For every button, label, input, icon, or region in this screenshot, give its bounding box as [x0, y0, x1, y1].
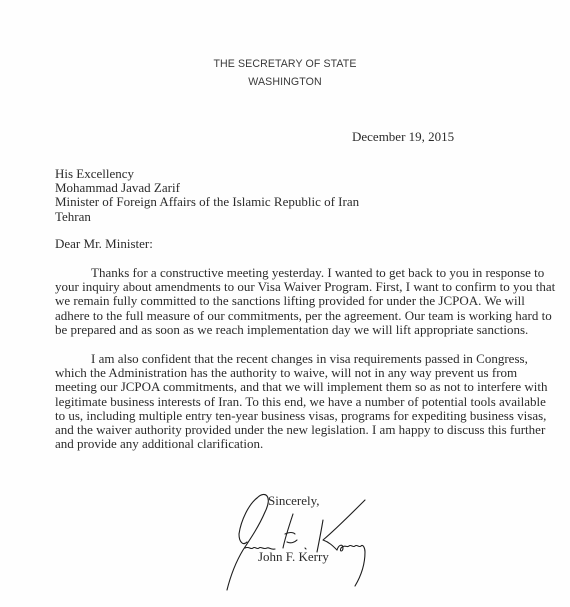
addressee-block: His Excellency Mohammad Javad Zarif Mini… [55, 167, 359, 224]
body-paragraph-1: Thanks for a constructive meeting yester… [55, 266, 531, 337]
paragraph-line: and the waiver authority provided under … [55, 423, 531, 437]
signer-name: John F. Kerry [258, 549, 329, 565]
paragraph-line: your inquiry about amendments to our Vis… [55, 280, 531, 294]
letter-page: THE SECRETARY OF STATE WASHINGTON Decemb… [0, 0, 570, 607]
letterhead-location: WASHINGTON [0, 76, 570, 88]
letterhead-title: THE SECRETARY OF STATE [0, 58, 570, 70]
paragraph-line: Thanks for a constructive meeting yester… [55, 266, 531, 280]
salutation: Dear Mr. Minister: [55, 237, 153, 251]
body-paragraph-2: I am also confident that the recent chan… [55, 352, 531, 451]
addressee-name: Mohammad Javad Zarif [55, 181, 359, 195]
paragraph-line: which the Administration has the authori… [55, 366, 531, 380]
closing: Sincerely, [268, 493, 320, 509]
paragraph-line: be prepared and as soon as we reach impl… [55, 323, 531, 337]
paragraph-line: and provide any additional clarification… [55, 437, 531, 451]
letter-date: December 19, 2015 [352, 129, 454, 145]
paragraph-line: to us, including multiple entry ten-year… [55, 409, 531, 423]
addressee-honorific: His Excellency [55, 167, 359, 181]
paragraph-line: I am also confident that the recent chan… [55, 352, 531, 366]
paragraph-line: meeting our JCPOA commitments, and that … [55, 380, 531, 394]
addressee-title: Minister of Foreign Affairs of the Islam… [55, 195, 359, 209]
paragraph-line: legitimate business interests of Iran. T… [55, 395, 531, 409]
addressee-city: Tehran [55, 210, 359, 224]
paragraph-line: adhere to the full measure of our commit… [55, 309, 531, 323]
paragraph-line: we remain fully committed to the sanctio… [55, 294, 531, 308]
